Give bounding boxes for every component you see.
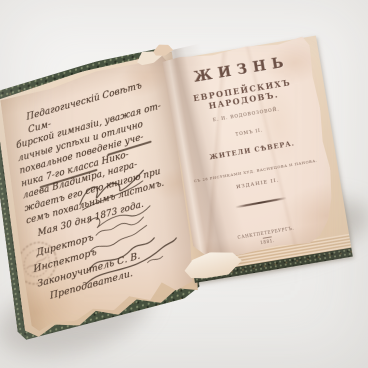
photo-scene: Педагогическій Совѣтъ Сим- бирской гимна… (0, 0, 368, 368)
edition-line: ИЗДАНІЕ II. (184, 169, 331, 199)
decorative-rule (235, 197, 286, 208)
